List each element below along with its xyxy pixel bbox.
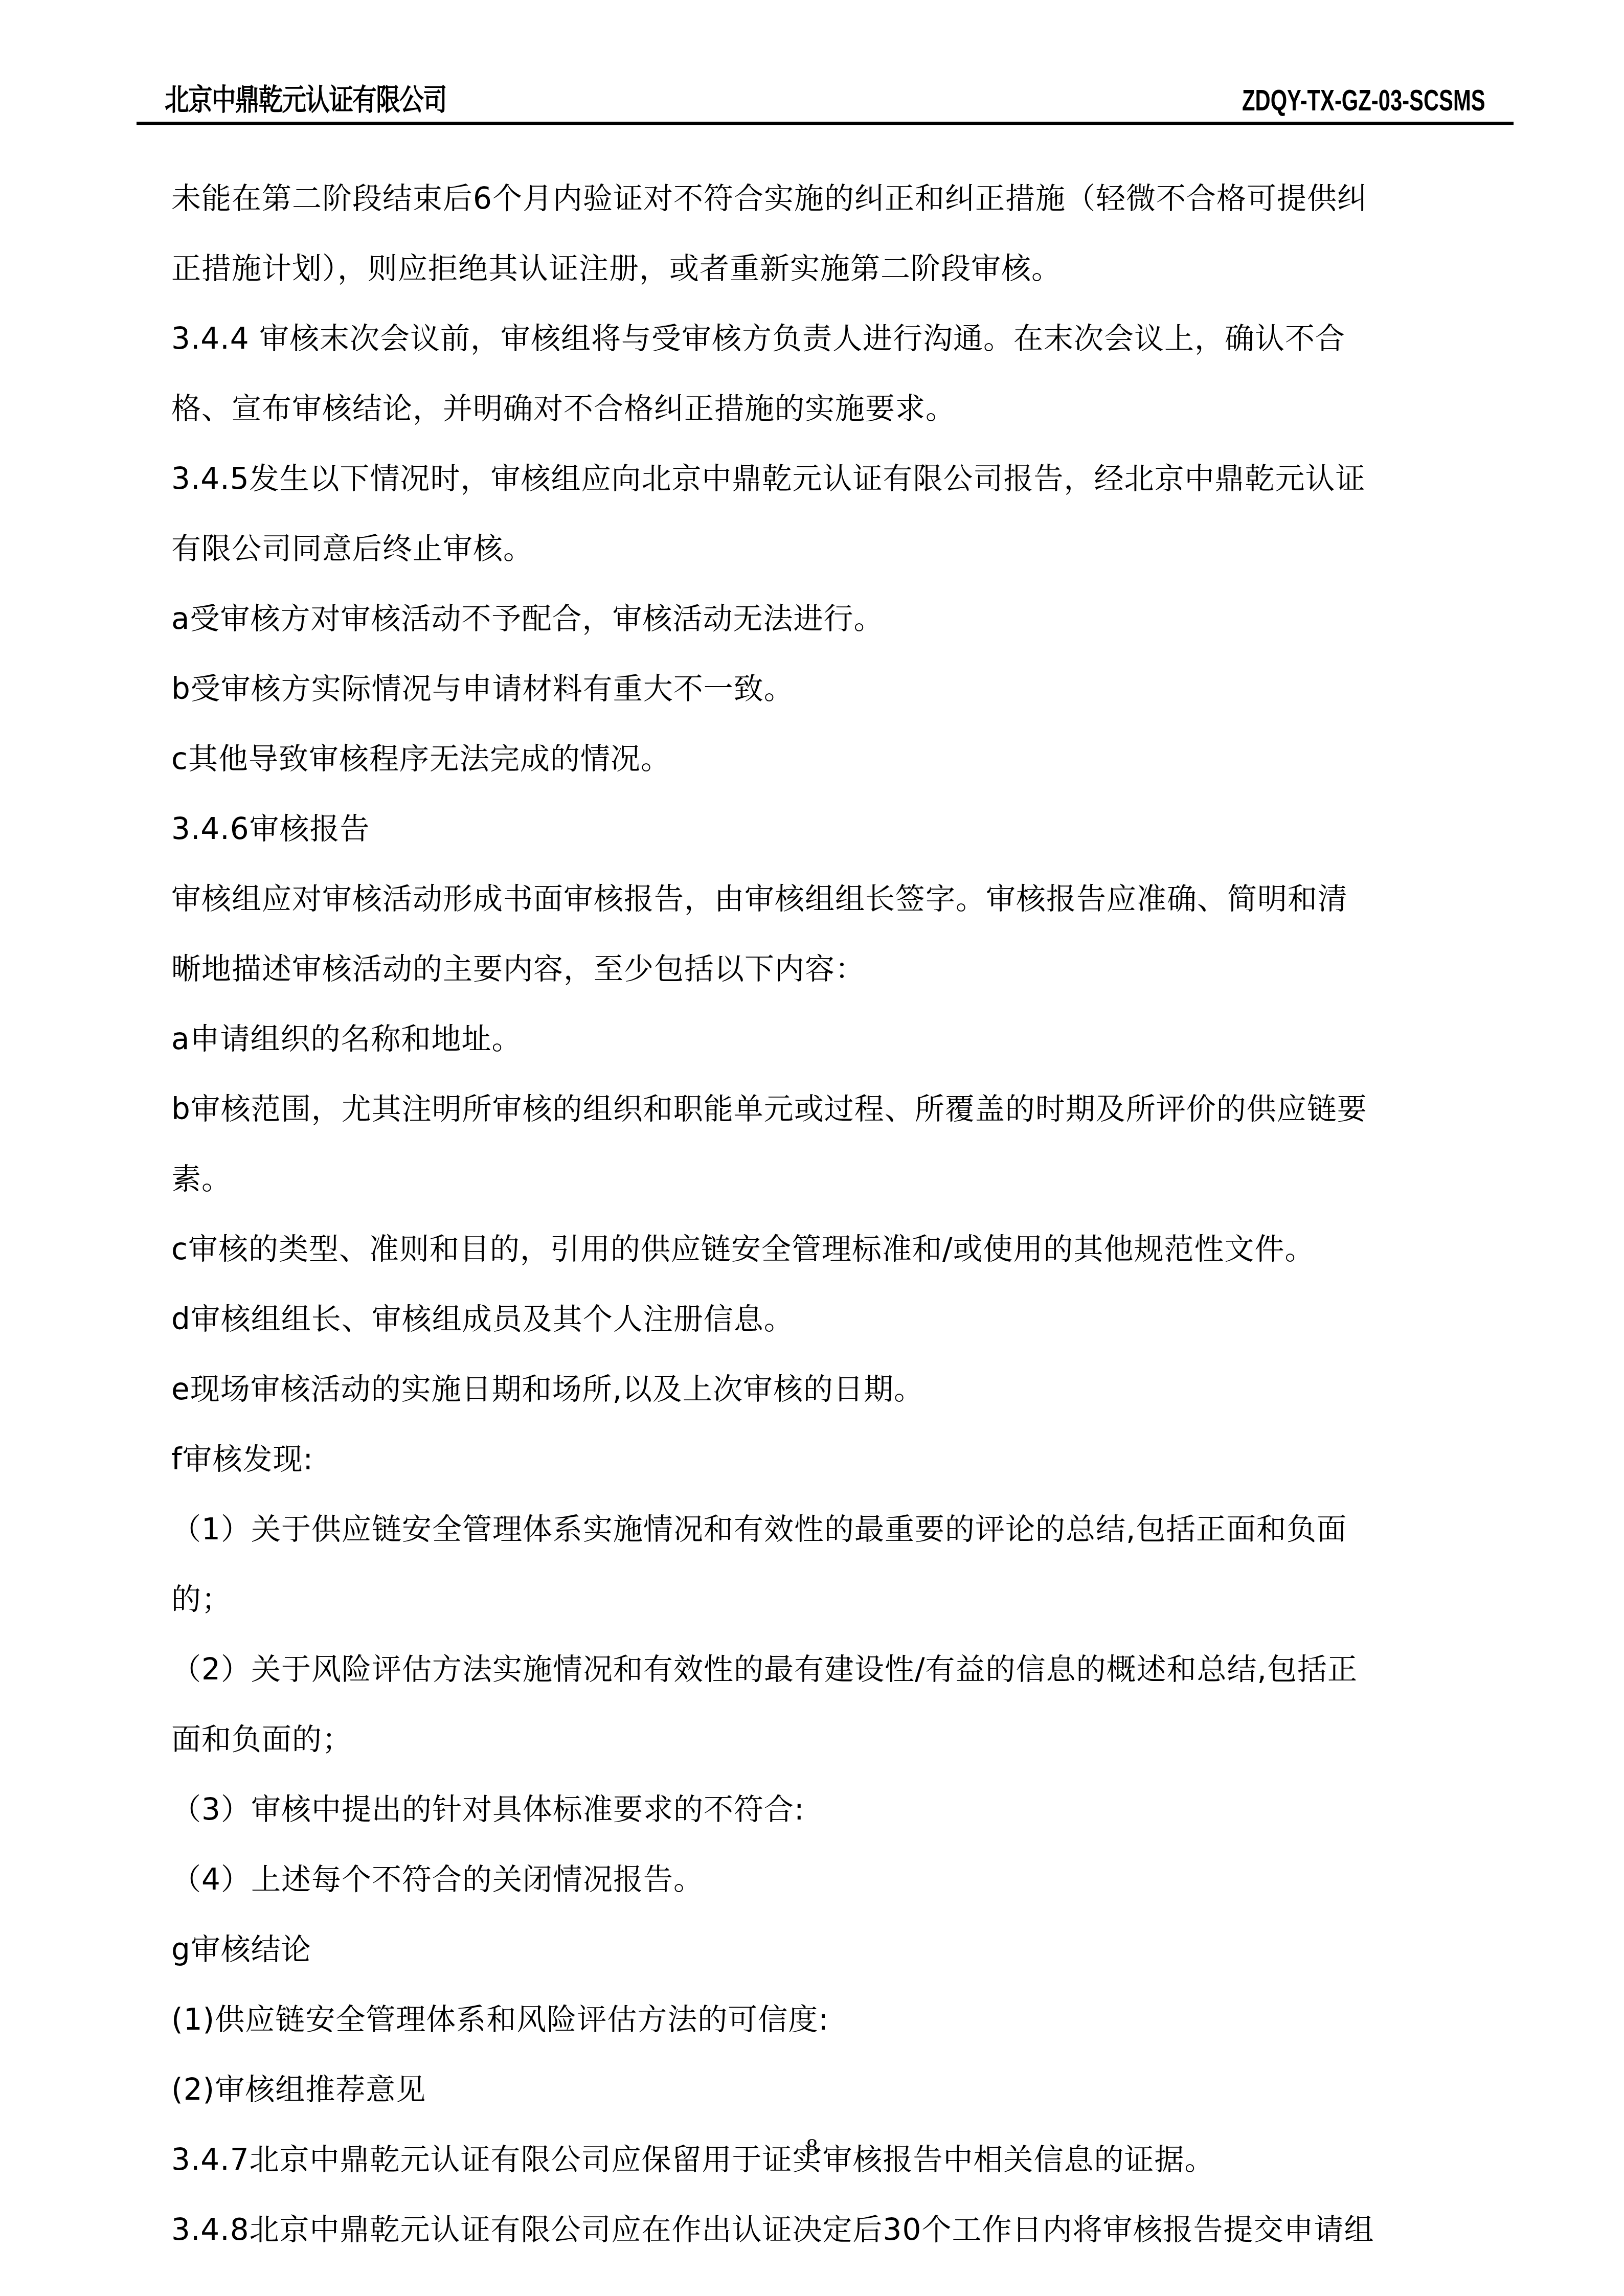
header-divider [137,122,1514,125]
report-item-a: a申请组织的名称和地址。 [171,1004,1511,1074]
list-item-b: b受审核方实际情况与申请材料有重大不一致。 [171,654,1511,724]
paragraph-audit-report-cont: 晰地描述审核活动的主要内容，至少包括以下内容： [171,934,1511,1004]
report-item-b: b审核范围，尤其注明所审核的组织和职能单元或过程、所覆盖的时期及所评价的供应链要 [171,1074,1511,1144]
finding-item-3: （3）审核中提出的针对具体标准要求的不符合: [171,1775,1511,1845]
list-item-c: c其他导致审核程序无法完成的情况。 [171,724,1511,794]
list-item-a: a受审核方对审核活动不予配合，审核活动无法进行。 [171,584,1511,654]
finding-item-1-cont: 的； [171,1564,1511,1634]
report-item-d: d审核组组长、审核组成员及其个人注册信息。 [171,1284,1511,1354]
body-line-continuation: 未能在第二阶段结束后6个月内验证对不符合实施的纠正和纠正措施（轻微不合格可提供纠 [171,164,1511,234]
report-item-f: f审核发现: [171,1424,1511,1494]
report-item-b-cont: 素。 [171,1144,1511,1214]
header-document-code: ZDQY-TX-GZ-03-SCSMS [1242,83,1485,119]
section-3-4-8: 3.4.8北京中鼎乾元认证有限公司应在作出认证决定后30个工作日内将审核报告提交… [171,2195,1511,2265]
page-number: 8 [0,2132,1624,2163]
report-item-c: c审核的类型、准则和目的，引用的供应链安全管理标准和/或使用的其他规范性文件。 [171,1214,1511,1284]
section-3-4-6-heading: 3.4.6审核报告 [171,794,1511,864]
finding-item-2: （2）关于风险评估方法实施情况和有效性的最有建设性/有益的信息的概述和总结,包括… [171,1634,1511,1704]
report-item-g: g审核结论 [171,1915,1511,1985]
page-header: 北京中鼎乾元认证有限公司 ZDQY-TX-GZ-03-SCSMS [137,77,1514,123]
paragraph-audit-report: 审核组应对审核活动形成书面审核报告，由审核组组长签字。审核报告应准确、简明和清 [171,864,1511,934]
conclusion-item-2: (2)审核组推荐意见 [171,2055,1511,2125]
report-item-e: e现场审核活动的实施日期和场所,以及上次审核的日期。 [171,1354,1511,1424]
section-3-4-5: 3.4.5发生以下情况时，审核组应向北京中鼎乾元认证有限公司报告，经北京中鼎乾元… [171,444,1511,514]
body-line-continuation: 正措施计划），则应拒绝其认证注册，或者重新实施第二阶段审核。 [171,234,1511,304]
section-3-4-4: 3.4.4 审核末次会议前，审核组将与受审核方负责人进行沟通。在末次会议上，确认… [171,304,1511,374]
document-body: 未能在第二阶段结束后6个月内验证对不符合实施的纠正和纠正措施（轻微不合格可提供纠… [171,164,1511,2265]
finding-item-1: （1）关于供应链安全管理体系实施情况和有效性的最重要的评论的总结,包括正面和负面 [171,1494,1511,1564]
section-3-4-5-cont: 有限公司同意后终止审核。 [171,514,1511,584]
header-company-name: 北京中鼎乾元认证有限公司 [165,82,446,118]
finding-item-2-cont: 面和负面的； [171,1704,1511,1775]
conclusion-item-1: (1)供应链安全管理体系和风险评估方法的可信度: [171,1985,1511,2055]
finding-item-4: （4）上述每个不符合的关闭情况报告。 [171,1845,1511,1915]
section-3-4-4-cont: 格、宣布审核结论，并明确对不合格纠正措施的实施要求。 [171,374,1511,444]
